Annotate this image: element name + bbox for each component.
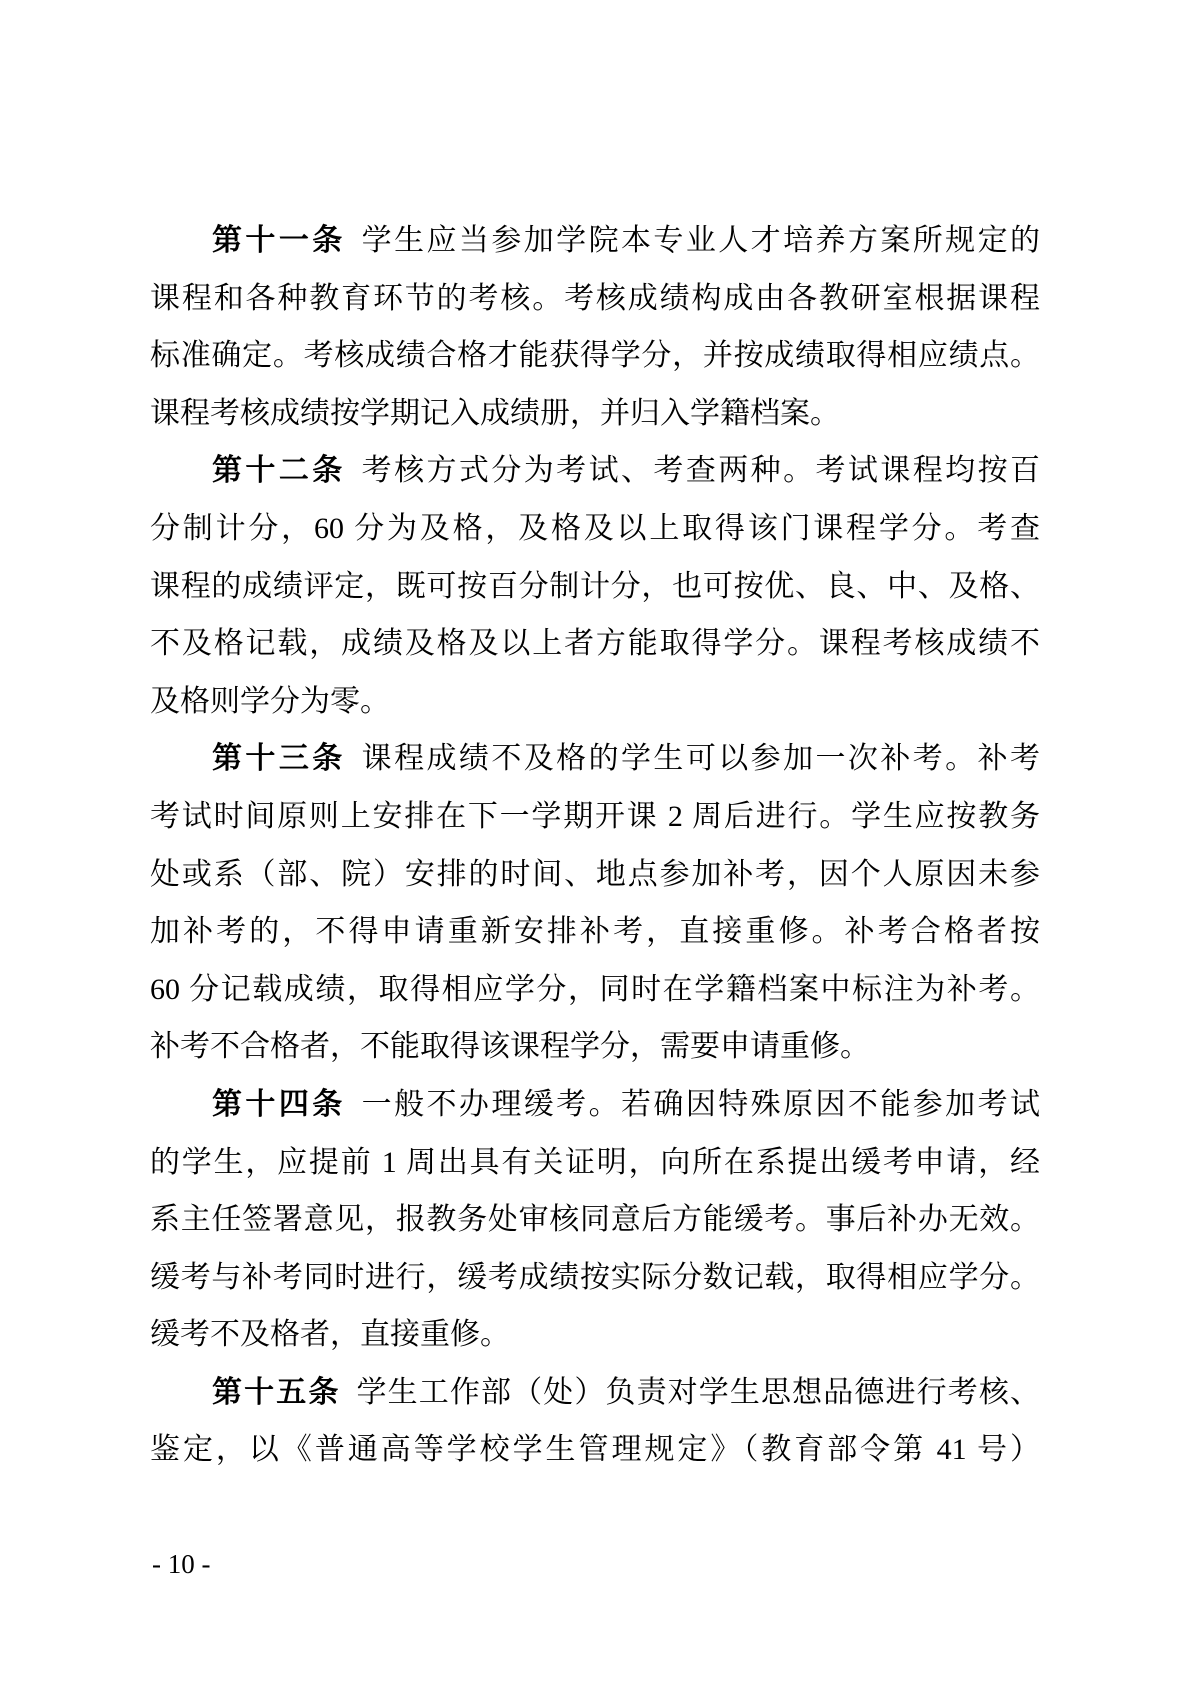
article-text: 学生应当参加学院本专业人才培养方案所规定的 [362,224,1040,257]
article-text: 学生工作部（处）负责对学生思想品德进行考核、 [356,1376,1040,1409]
document-page: 第十一条学生应当参加学院本专业人才培养方案所规定的课程和各种教育环节的考核。考核… [0,0,1191,1684]
text-line: 处或系（部、院）安排的时间、地点参加补考，因个人原因未参 [150,846,1040,904]
text-line: 鉴定，以《普通高等学校学生管理规定》（教育部令第 41 号） [150,1421,1040,1479]
text-line: 考试时间原则上安排在下一学期开课 2 周后进行。学生应按教务 [150,788,1040,846]
paragraph-article-12: 第十二条考核方式分为考试、考查两种。考试课程均按百分制计分，60 分为及格，及格… [150,442,1040,730]
article-number: 第十一条 [212,224,346,257]
text-line: 缓考不及格者，直接重修。 [150,1306,1040,1364]
text-line: 第十五条学生工作部（处）负责对学生思想品德进行考核、 [150,1364,1040,1422]
article-text: 考核方式分为考试、考查两种。考试课程均按百 [362,454,1040,487]
article-number: 第十三条 [212,742,346,775]
paragraph-article-14: 第十四条一般不办理缓考。若确因特殊原因不能参加考试的学生，应提前 1 周出具有关… [150,1076,1040,1364]
text-line: 60 分记载成绩，取得相应学分，同时在学籍档案中标注为补考。 [150,961,1040,1019]
text-line: 第十二条考核方式分为考试、考查两种。考试课程均按百 [150,442,1040,500]
text-line: 不及格记载，成绩及格及以上者方能取得学分。课程考核成绩不 [150,615,1040,673]
article-text: 课程成绩不及格的学生可以参加一次补考。补考 [362,742,1040,775]
page-number: - 10 - [152,1544,210,1584]
article-number: 第十二条 [212,454,346,487]
document-body: 第十一条学生应当参加学院本专业人才培养方案所规定的课程和各种教育环节的考核。考核… [150,212,1040,1479]
article-number: 第十四条 [212,1088,346,1121]
text-line: 标准确定。考核成绩合格才能获得学分，并按成绩取得相应绩点。 [150,327,1040,385]
paragraph-article-11: 第十一条学生应当参加学院本专业人才培养方案所规定的课程和各种教育环节的考核。考核… [150,212,1040,442]
text-line: 第十四条一般不办理缓考。若确因特殊原因不能参加考试 [150,1076,1040,1134]
text-line: 及格则学分为零。 [150,673,1040,731]
paragraph-article-13: 第十三条课程成绩不及格的学生可以参加一次补考。补考考试时间原则上安排在下一学期开… [150,730,1040,1076]
text-line: 课程考核成绩按学期记入成绩册，并归入学籍档案。 [150,385,1040,443]
text-line: 加补考的，不得申请重新安排补考，直接重修。补考合格者按 [150,903,1040,961]
text-line: 第十三条课程成绩不及格的学生可以参加一次补考。补考 [150,730,1040,788]
text-line: 的学生，应提前 1 周出具有关证明，向所在系提出缓考申请，经 [150,1134,1040,1192]
text-line: 补考不合格者，不能取得该课程学分，需要申请重修。 [150,1018,1040,1076]
text-line: 课程的成绩评定，既可按百分制计分，也可按优、良、中、及格、 [150,558,1040,616]
paragraph-article-15: 第十五条学生工作部（处）负责对学生思想品德进行考核、鉴定，以《普通高等学校学生管… [150,1364,1040,1479]
text-line: 第十一条学生应当参加学院本专业人才培养方案所规定的 [150,212,1040,270]
article-text: 一般不办理缓考。若确因特殊原因不能参加考试 [362,1088,1040,1121]
text-line: 课程和各种教育环节的考核。考核成绩构成由各教研室根据课程 [150,270,1040,328]
text-line: 分制计分，60 分为及格，及格及以上取得该门课程学分。考查 [150,500,1040,558]
article-number: 第十五条 [212,1376,340,1409]
text-line: 系主任签署意见，报教务处审核同意后方能缓考。事后补办无效。 [150,1191,1040,1249]
text-line: 缓考与补考同时进行，缓考成绩按实际分数记载，取得相应学分。 [150,1249,1040,1307]
